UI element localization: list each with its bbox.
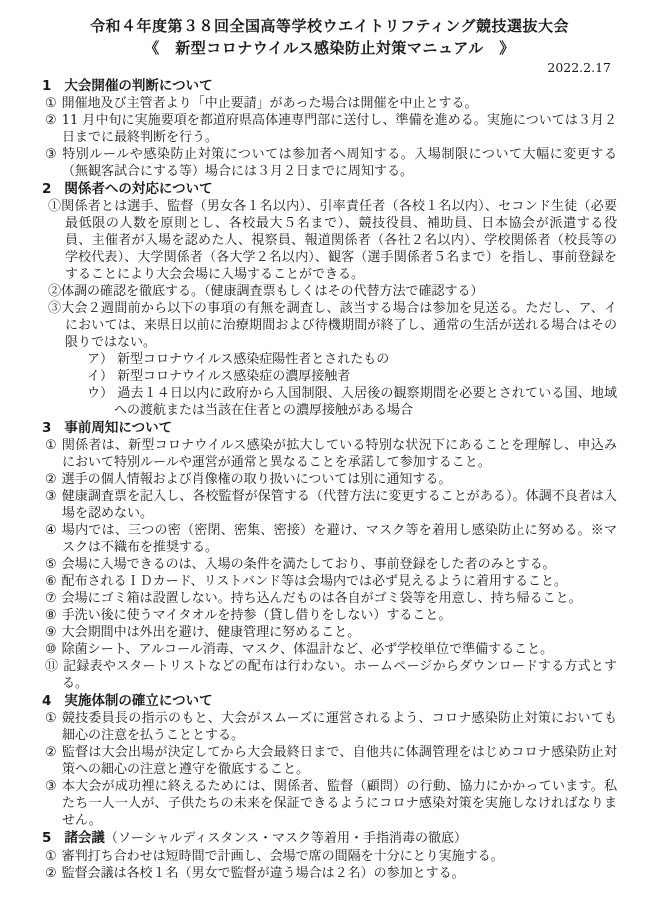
- item-marker: ウ）: [87, 386, 113, 401]
- item-marker: ①: [45, 849, 57, 864]
- section-1: 1大会開催の判断について ①開催地及び主管者より「中止要請」があった場合は開催を…: [42, 77, 617, 180]
- section-title: 実施体制の確立について: [64, 693, 212, 709]
- item-marker: ①: [45, 96, 57, 111]
- section-number: 2: [42, 180, 51, 198]
- document-title-line1: 令和４年度第３８回全国高等学校ウエイトリフティング競技選抜大会: [42, 15, 617, 37]
- document-date: 2022.2.17: [42, 59, 617, 77]
- section-4: 4実施体制の確立について ①競技委員長の指示のもと、大会がスムーズに運営されるよ…: [42, 692, 617, 829]
- item-text: 除菌シート、アルコール消毒、マスク、体温計など、必ず学校単位で準備すること。: [62, 642, 554, 657]
- list-item: ②監督は大会出場が決定してから大会最終日まで、自他共に体調管理をはじめコロナ感染…: [45, 744, 617, 778]
- item-text: 審判打ち合わせは短時間で計画し、会場で席の間隔を十分にとり実施する。: [62, 849, 504, 864]
- item-text: 関係者とは選手、監督（男女各１名以内）、引率責任者（各校１名以内）、セコンド生徒…: [61, 199, 617, 282]
- item-marker: ②: [45, 472, 57, 487]
- item-marker: ⑩: [45, 642, 57, 657]
- list-item: ②体調の確認を徹底する。（健康調査票もしくはその代替方法で確認する）: [48, 283, 617, 300]
- section-3: 3事前周知について ①関係者は、新型コロナウイルス感染が拡大している特別な状況下…: [42, 419, 617, 692]
- item-text: 配布されるＩＤカード、リストバンド等は会場内では必ず見えるように着用すること。: [62, 574, 567, 589]
- list-item: ⑦会場にゴミ箱は設置しない。持ち込んだものは各自がゴミ袋等を用意し、持ち帰ること…: [45, 590, 617, 607]
- document-title-line2: 《 新型コロナウイルス感染防止対策マニュアル 》: [42, 37, 617, 59]
- list-item: ①競技委員長の指示のもと、大会がスムーズに運営されるよう、コロナ感染防止対策にお…: [45, 710, 617, 744]
- section-number: 4: [42, 692, 51, 710]
- item-text: 大会期間中は外出を避け、健康管理に努めること。: [62, 625, 360, 640]
- item-marker: ⑧: [45, 608, 57, 623]
- document-page: 令和４年度第３８回全国高等学校ウエイトリフティング競技選抜大会 《 新型コロナウ…: [0, 0, 659, 909]
- item-marker: ⑥: [45, 574, 57, 589]
- item-marker: ③: [45, 147, 57, 162]
- item-marker: ①: [45, 711, 57, 726]
- item-marker: ②: [45, 866, 57, 881]
- item-marker: ⑤: [45, 557, 57, 572]
- section-title: 大会開催の判断について: [64, 78, 212, 94]
- item-text: 健康調査票を記入し、各校監督が保管する（代替方法に変更することがある）。体調不良…: [62, 489, 617, 521]
- list-item: ④場内では、三つの密（密閉、密集、密接）を避け、マスク等を着用し感染防止に努める…: [45, 522, 617, 556]
- item-text: 競技委員長の指示のもと、大会がスムーズに運営されるよう、コロナ感染防止対策におい…: [62, 711, 617, 743]
- section-2: 2関係者への対応について ①関係者とは選手、監督（男女各１名以内）、引率責任者（…: [42, 180, 617, 419]
- list-item: ②監督会議は各校１名（男女で監督が違う場合は２名）の参加とする。: [45, 865, 617, 882]
- item-marker: ②: [48, 284, 61, 299]
- list-item: ⑥配布されるＩＤカード、リストバンド等は会場内では必ず見えるように着用すること。: [45, 573, 617, 590]
- list-item: ②11 月中旬に実施要項を都道府県高体連専門部に送付し、準備を進める。実施につい…: [45, 112, 617, 146]
- section-4-heading: 4実施体制の確立について: [42, 692, 617, 710]
- item-text: 会場にゴミ箱は設置しない。持ち込んだものは各自がゴミ袋等を用意し、持ち帰ること。: [62, 591, 582, 606]
- section-2-heading: 2関係者への対応について: [42, 180, 617, 198]
- document-content: 令和４年度第３８回全国高等学校ウエイトリフティング競技選抜大会 《 新型コロナウ…: [42, 15, 617, 882]
- item-text: 関係者は、新型コロナウイルス感染が拡大している特別な状況下にあることを理解し、申…: [62, 438, 617, 470]
- item-marker: ③: [48, 301, 61, 316]
- list-item: ⑪記録表やスタートリストなどの配布は行わない。ホームページからダウンロードする方…: [45, 658, 617, 692]
- section-number: 5: [42, 829, 51, 847]
- item-marker: ④: [45, 523, 57, 538]
- item-marker: ②: [45, 745, 57, 760]
- item-text: 手洗い後に使うマイタオルを持参（貸し借りをしない）すること。: [62, 608, 452, 623]
- section-3-heading: 3事前周知について: [42, 419, 617, 437]
- item-text: 特別ルールや感染防止対策については参加者へ周知する。入場制限について大幅に変更す…: [62, 147, 617, 179]
- item-text: 監督は大会出場が決定してから大会最終日まで、自他共に体調管理をはじめコロナ感染防…: [62, 745, 617, 777]
- item-text: 監督会議は各校１名（男女で監督が違う場合は２名）の参加とする。: [62, 866, 465, 881]
- item-text: 新型コロナウイルス感染症陽性者とされたもの: [117, 352, 389, 367]
- item-marker: ⑨: [45, 625, 57, 640]
- item-marker: イ）: [87, 369, 113, 384]
- list-item: ①審判打ち合わせは短時間で計画し、会場で席の間隔を十分にとり実施する。: [45, 848, 617, 865]
- list-item: ③大会２週間前から以下の事項の有無を調査し、該当する場合は参加を見送る。ただし、…: [48, 300, 617, 351]
- list-subitem: ウ）過去１４日以内に政府から入国制限、入居後の観察期間を必要とされている国、地域…: [87, 385, 617, 419]
- item-marker: ②: [45, 113, 57, 128]
- section-1-heading: 1大会開催の判断について: [42, 77, 617, 95]
- item-marker: ③: [45, 489, 57, 504]
- item-text: 体調の確認を徹底する。（健康調査票もしくはその代替方法で確認する）: [61, 284, 484, 299]
- item-marker: ①: [45, 438, 57, 453]
- item-text: 過去１４日以内に政府から入国制限、入居後の観察期間を必要とされている国、地域への…: [114, 386, 617, 418]
- section-number: 1: [42, 77, 51, 95]
- item-text: 大会２週間前から以下の事項の有無を調査し、該当する場合は参加を見送る。ただし、ア…: [61, 301, 617, 350]
- item-marker: ⑦: [45, 591, 57, 606]
- item-marker: ①: [48, 199, 61, 214]
- section-title: 関係者への対応について: [64, 181, 212, 197]
- item-text: 11 月中旬に実施要項を都道府県高体連専門部に送付し、準備を進める。実施について…: [62, 113, 617, 145]
- list-item: ⑨大会期間中は外出を避け、健康管理に努めること。: [45, 624, 617, 641]
- list-item: ③健康調査票を記入し、各校監督が保管する（代替方法に変更することがある）。体調不…: [45, 488, 617, 522]
- section-5-heading: 5諸会議（ソーシャルディスタンス・マスク等着用・手指消毒の徹底）: [42, 829, 617, 848]
- item-marker: ③: [45, 779, 57, 794]
- list-item: ③本大会が成功裡に終えるためには、関係者、監督（顧問）の行動、協力にかかっていま…: [45, 778, 617, 829]
- item-marker: ⑪: [45, 659, 58, 674]
- item-marker: ア）: [87, 352, 113, 367]
- section-title-suffix: （ソーシャルディスタンス・マスク等着用・手指消毒の徹底）: [105, 831, 467, 846]
- item-text: 選手の個人情報および肖像権の取り扱いについては別に通知する。: [62, 472, 452, 487]
- item-text: 本大会が成功裡に終えるためには、関係者、監督（顧問）の行動、協力にかかっています…: [62, 779, 617, 828]
- list-item: ①関係者は、新型コロナウイルス感染が拡大している特別な状況下にあることを理解し、…: [45, 437, 617, 471]
- item-text: 新型コロナウイルス感染症の濃厚接触者: [117, 369, 350, 384]
- list-item: ①関係者とは選手、監督（男女各１名以内）、引率責任者（各校１名以内）、セコンド生…: [48, 198, 617, 283]
- section-title: 諸会議: [64, 830, 105, 846]
- section-title: 事前周知について: [64, 420, 172, 436]
- section-number: 3: [42, 419, 51, 437]
- list-item: ③特別ルールや感染防止対策については参加者へ周知する。入場制限について大幅に変更…: [45, 146, 617, 180]
- item-text: 記録表やスタートリストなどの配布は行わない。ホームページからダウンロードする方式…: [62, 659, 617, 691]
- list-subitem: イ）新型コロナウイルス感染症の濃厚接触者: [87, 368, 617, 385]
- item-text: 開催地及び主管者より「中止要請」があった場合は開催を中止とする。: [62, 96, 478, 111]
- list-item: ②選手の個人情報および肖像権の取り扱いについては別に通知する。: [45, 471, 617, 488]
- list-item: ⑩除菌シート、アルコール消毒、マスク、体温計など、必ず学校単位で準備すること。: [45, 641, 617, 658]
- list-item: ⑧手洗い後に使うマイタオルを持参（貸し借りをしない）すること。: [45, 607, 617, 624]
- item-text: 会場に入場できるのは、入場の条件を満たしており、事前登録をした者のみとする。: [62, 557, 556, 572]
- list-item: ①開催地及び主管者より「中止要請」があった場合は開催を中止とする。: [45, 95, 617, 112]
- item-text: 場内では、三つの密（密閉、密集、密接）を避け、マスク等を着用し感染防止に努める。…: [62, 523, 617, 555]
- section-5: 5諸会議（ソーシャルディスタンス・マスク等着用・手指消毒の徹底） ①審判打ち合わ…: [42, 829, 617, 882]
- list-subitem: ア）新型コロナウイルス感染症陽性者とされたもの: [87, 351, 617, 368]
- list-item: ⑤会場に入場できるのは、入場の条件を満たしており、事前登録をした者のみとする。: [45, 556, 617, 573]
